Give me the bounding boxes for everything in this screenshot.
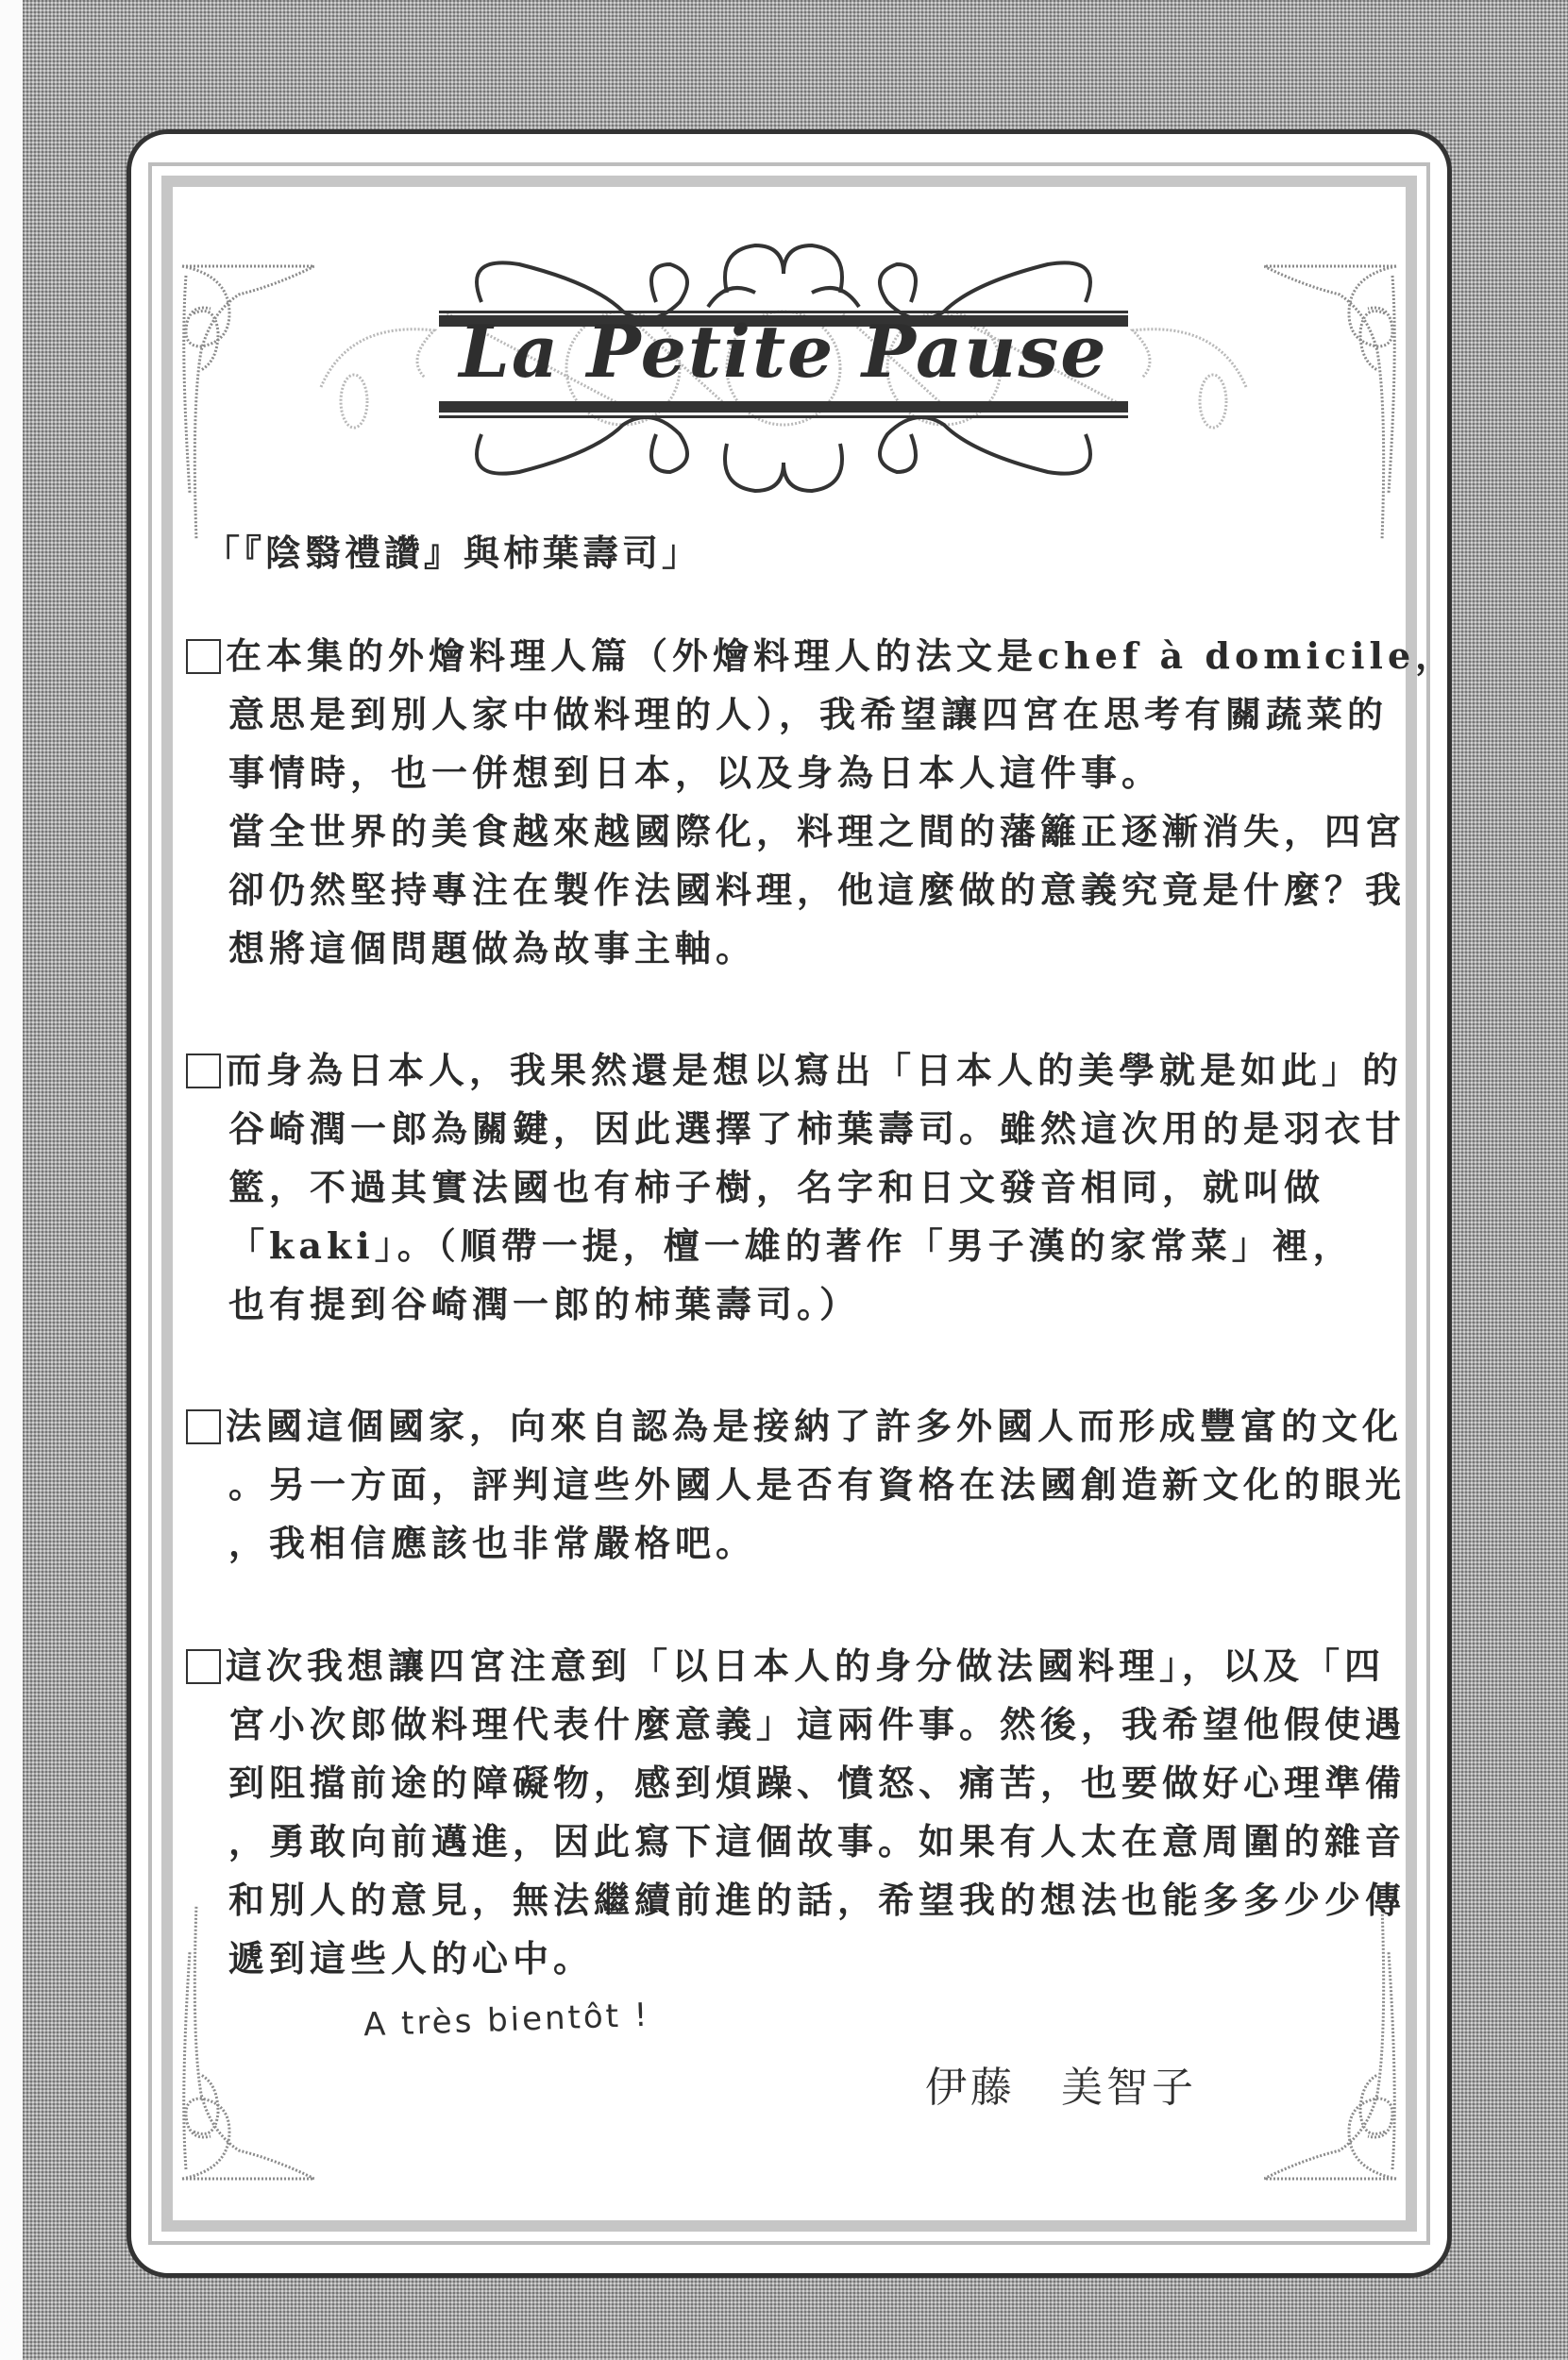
text-line: 。另一方面，評判這些外國人是否有資格在法國創造新文化的眼光: [228, 1456, 1406, 1514]
text-line: 谷崎潤一郎為關鍵，因此選擇了柿葉壽司。雖然這次用的是羽衣甘: [228, 1100, 1406, 1158]
text-line: ，勇敢向前邁進，因此寫下這個故事。如果有人太在意周圍的雜音: [228, 1812, 1406, 1871]
text-line: 當全世界的美食越來越國際化，料理之間的藩籬正逐漸消失，四宮: [228, 802, 1406, 861]
page-margin: [0, 0, 23, 2360]
text-line: 也有提到谷崎潤一郎的柿葉壽司。）: [228, 1275, 860, 1334]
corner-ornament-icon: [1264, 257, 1406, 540]
text-line: 宮小次郎做料理代表什麼意義」這兩件事。然後，我希望他假使遇: [228, 1695, 1406, 1754]
corner-ornament-icon: [173, 257, 314, 540]
text-line: 在本集的外燴料理人篇（外燴料理人的法文是chef à domicile，: [226, 627, 1456, 685]
checkbox-bullet-icon: [186, 639, 221, 674]
text-line: 到阻擋前途的障礙物，感到煩躁、憤怒、痛苦，也要做好心理準備: [228, 1754, 1406, 1812]
title-emblem: La Petite Pause: [312, 236, 1256, 500]
text-line: 想將這個問題做為故事主軸。: [228, 919, 756, 978]
checkbox-bullet-icon: [186, 1054, 221, 1088]
text-line: 這次我想讓四宮注意到「以日本人的身分做法國料理」，以及「四: [226, 1637, 1385, 1695]
page-title: La Petite Pause: [439, 316, 1128, 388]
text-line: 和別人的意見，無法繼續前進的話，希望我的想法也能多多少少傳: [228, 1871, 1406, 1930]
text-line: 卻仍然堅持專注在製作法國料理，他這麼做的意義究竟是什麼？我: [228, 861, 1406, 919]
text-line: 而身為日本人，我果然還是想以寫出「日本人的美學就是如此」的: [226, 1041, 1403, 1100]
text-line: 籃，不過其實法國也有柿子樹，名字和日文發音相同，就叫做: [228, 1158, 1324, 1217]
text-line: ，我相信應該也非常嚴格吧。: [228, 1514, 756, 1573]
checkbox-bullet-icon: [186, 1649, 221, 1684]
text-line: 「kaki」。（順帶一提，檀一雄的著作「男子漢的家常菜」裡，: [228, 1217, 1354, 1275]
text-line: 事情時，也一併想到日本，以及身為日本人這件事。: [228, 744, 1162, 802]
checkbox-bullet-icon: [186, 1409, 221, 1444]
text-line: 遞到這些人的心中。: [228, 1930, 594, 1988]
author-signature: 伊藤 美智子: [925, 2053, 1197, 2114]
corner-ornament-icon: [1264, 1905, 1406, 2188]
article-subtitle: 「『陰翳禮讚』與柿葉壽司」: [204, 524, 701, 576]
text-line: 法國這個國家，向來自認為是接納了許多外國人而形成豐富的文化: [226, 1397, 1403, 1456]
text-line: 意思是到別人家中做料理的人），我希望讓四宮在思考有關蔬菜的: [228, 685, 1388, 744]
